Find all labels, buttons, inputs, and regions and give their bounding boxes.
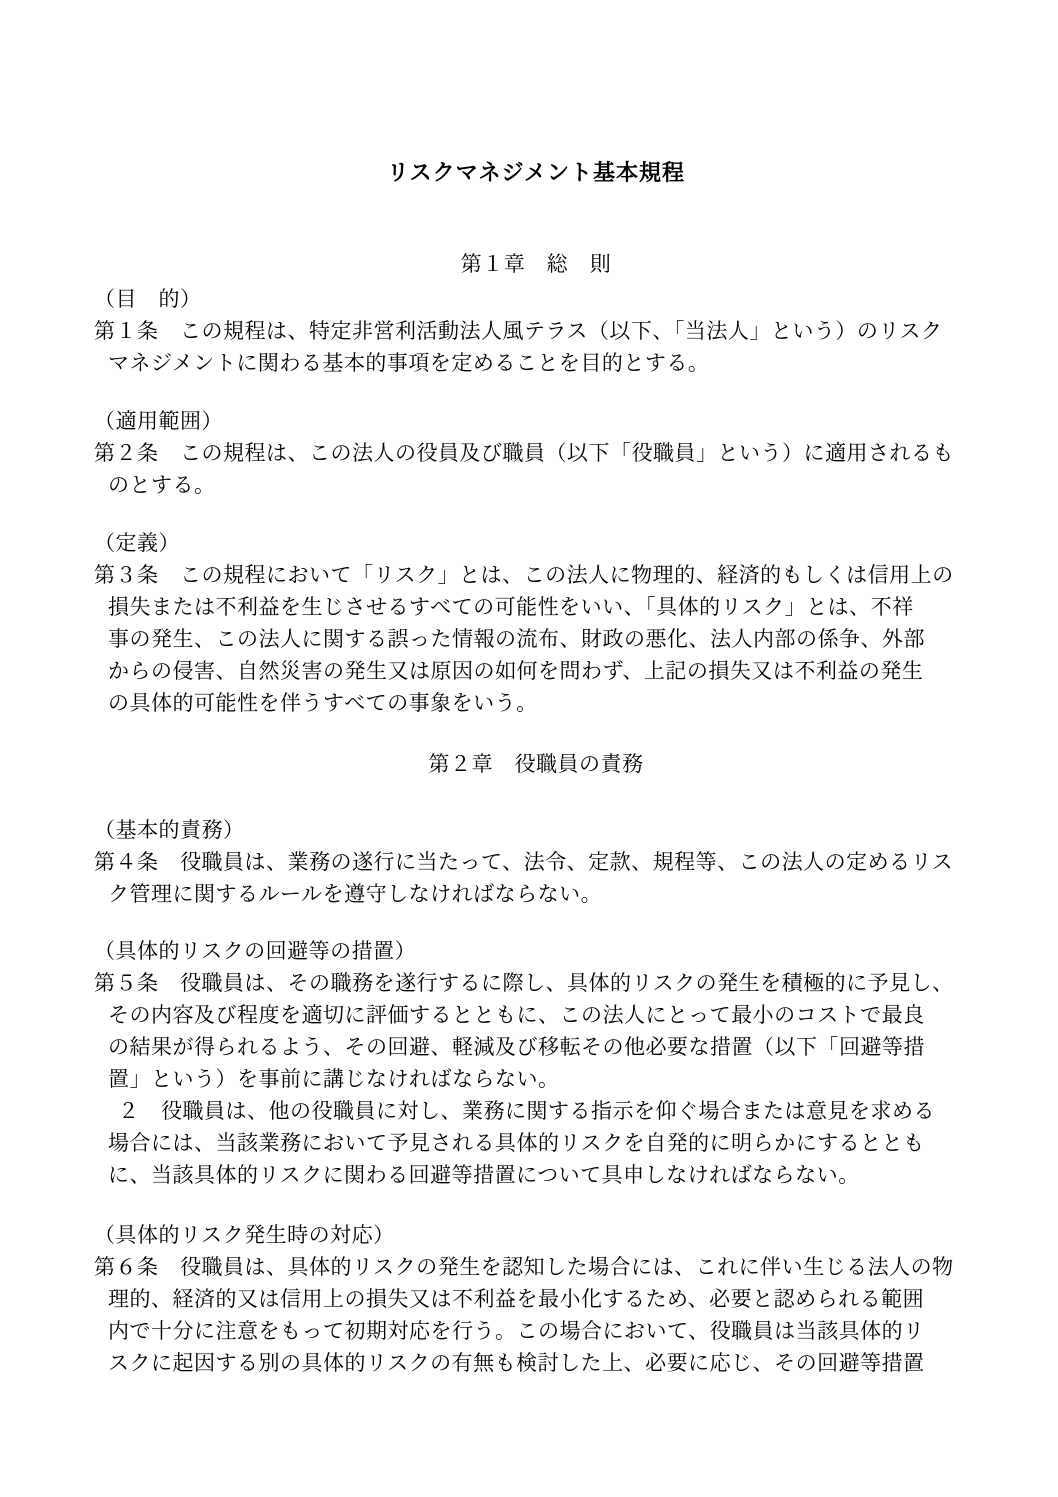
article-section: （目 的）第１条 この規程は、特定非営利活動法人風テラス（以下、「当法人」という…	[94, 283, 978, 379]
section-label: （具体的リスクの回避等の措置）	[94, 935, 978, 967]
article-line: 第３条 この規程において「リスク」とは、この法人に物理的、経済的もしくは信用上の	[94, 559, 978, 591]
article-line: 損失または不利益を生じさせるすべての可能性をいい、「具体的リスク」とは、不祥	[94, 591, 978, 623]
article-line: のとする。	[94, 469, 978, 501]
article-paragraph: 第４条 役職員は、業務の遂行に当たって、法令、定款、規程等、この法人の定めるリス…	[94, 846, 978, 910]
section-label: （具体的リスク発生時の対応）	[94, 1219, 978, 1251]
article-line: 第１条 この規程は、特定非営利活動法人風テラス（以下、「当法人」という）のリスク	[94, 315, 978, 347]
article-paragraph: 第５条 役職員は、その職務を遂行するに際し、具体的リスクの発生を積極的に予見し、…	[94, 967, 978, 1095]
article-line: 第５条 役職員は、その職務を遂行するに際し、具体的リスクの発生を積極的に予見し、	[94, 967, 978, 999]
section-label: （目 的）	[94, 283, 978, 315]
article-section: （定義）第３条 この規程において「リスク」とは、この法人に物理的、経済的もしくは…	[94, 527, 978, 719]
article-line: マネジメントに関わる基本的事項を定めることを目的とする。	[94, 347, 978, 379]
article-line: からの侵害、自然災害の発生又は原因の如何を問わず、上記の損失又は不利益の発生	[94, 655, 978, 687]
document-page: リスクマネジメント基本規程 第１章 総 則（目 的）第１条 この規程は、特定非営…	[0, 0, 1058, 1497]
article-line: 置」という）を事前に講じなければならない。	[94, 1063, 978, 1095]
article-line: 理的、経済的又は信用上の損失又は不利益を最小化するため、必要と認められる範囲	[94, 1283, 978, 1315]
article-line: 第２条 この規程は、この法人の役員及び職員（以下「役職員」という）に適用されるも	[94, 437, 978, 469]
article-line: 事の発生、この法人に関する誤った情報の流布、財政の悪化、法人内部の係争、外部	[94, 623, 978, 655]
article-line: 第４条 役職員は、業務の遂行に当たって、法令、定款、規程等、この法人の定めるリス	[94, 846, 978, 878]
article-line: 内で十分に注意をもって初期対応を行う。この場合において、役職員は当該具体的リ	[94, 1315, 978, 1347]
chapter-heading: 第１章 総 則	[94, 248, 978, 280]
article-paragraph: 第２条 この規程は、この法人の役員及び職員（以下「役職員」という）に適用されるも…	[94, 437, 978, 501]
article-paragraph: 第３条 この規程において「リスク」とは、この法人に物理的、経済的もしくは信用上の…	[94, 559, 978, 719]
article-line: その内容及び程度を適切に評価するとともに、この法人にとって最小のコストで最良	[94, 999, 978, 1031]
article-line: の具体的可能性を伴うすべての事象をいう。	[94, 687, 978, 719]
article-line: に、当該具体的リスクに関わる回避等措置について具申しなければならない。	[94, 1159, 978, 1191]
article-section: （基本的責務）第４条 役職員は、業務の遂行に当たって、法令、定款、規程等、この法…	[94, 814, 978, 910]
document-title: リスクマネジメント基本規程	[94, 157, 978, 189]
article: 第３条 この規程において「リスク」とは、この法人に物理的、経済的もしくは信用上の…	[94, 559, 978, 719]
article-section: （適用範囲）第２条 この規程は、この法人の役員及び職員（以下「役職員」という）に…	[94, 405, 978, 501]
chapter-heading: 第２章 役職員の責務	[94, 748, 978, 780]
document-body: リスクマネジメント基本規程 第１章 総 則（目 的）第１条 この規程は、特定非営…	[0, 0, 1058, 1379]
article: 第５条 役職員は、その職務を遂行するに際し、具体的リスクの発生を積極的に予見し、…	[94, 967, 978, 1191]
article-paragraph: 第１条 この規程は、特定非営利活動法人風テラス（以下、「当法人」という）のリスク…	[94, 315, 978, 379]
article-line: ク管理に関するルールを遵守しなければならない。	[94, 878, 978, 910]
article-section: （具体的リスク発生時の対応）第６条 役職員は、具体的リスクの発生を認知した場合に…	[94, 1219, 978, 1379]
article: 第４条 役職員は、業務の遂行に当たって、法令、定款、規程等、この法人の定めるリス…	[94, 846, 978, 910]
section-label: （基本的責務）	[94, 814, 978, 846]
section-label: （定義）	[94, 527, 978, 559]
article-paragraph: 第６条 役職員は、具体的リスクの発生を認知した場合には、これに伴い生じる法人の物…	[94, 1251, 978, 1379]
article-line: 第６条 役職員は、具体的リスクの発生を認知した場合には、これに伴い生じる法人の物	[94, 1251, 978, 1283]
article-line: 場合には、当該業務において予見される具体的リスクを自発的に明らかにするととも	[94, 1127, 978, 1159]
article: 第２条 この規程は、この法人の役員及び職員（以下「役職員」という）に適用されるも…	[94, 437, 978, 501]
article-line: の結果が得られるよう、その回避、軽減及び移転その他必要な措置（以下「回避等措	[94, 1031, 978, 1063]
article: 第６条 役職員は、具体的リスクの発生を認知した場合には、これに伴い生じる法人の物…	[94, 1251, 978, 1379]
article-line: スクに起因する別の具体的リスクの有無も検討した上、必要に応じ、その回避等措置	[94, 1347, 978, 1379]
article: 第１条 この規程は、特定非営利活動法人風テラス（以下、「当法人」という）のリスク…	[94, 315, 978, 379]
article-section: （具体的リスクの回避等の措置）第５条 役職員は、その職務を遂行するに際し、具体的…	[94, 935, 978, 1191]
section-label: （適用範囲）	[94, 405, 978, 437]
article-line: ２ 役職員は、他の役職員に対し、業務に関する指示を仰ぐ場合または意見を求める	[94, 1095, 978, 1127]
article-paragraph: ２ 役職員は、他の役職員に対し、業務に関する指示を仰ぐ場合または意見を求める場合…	[94, 1095, 978, 1191]
